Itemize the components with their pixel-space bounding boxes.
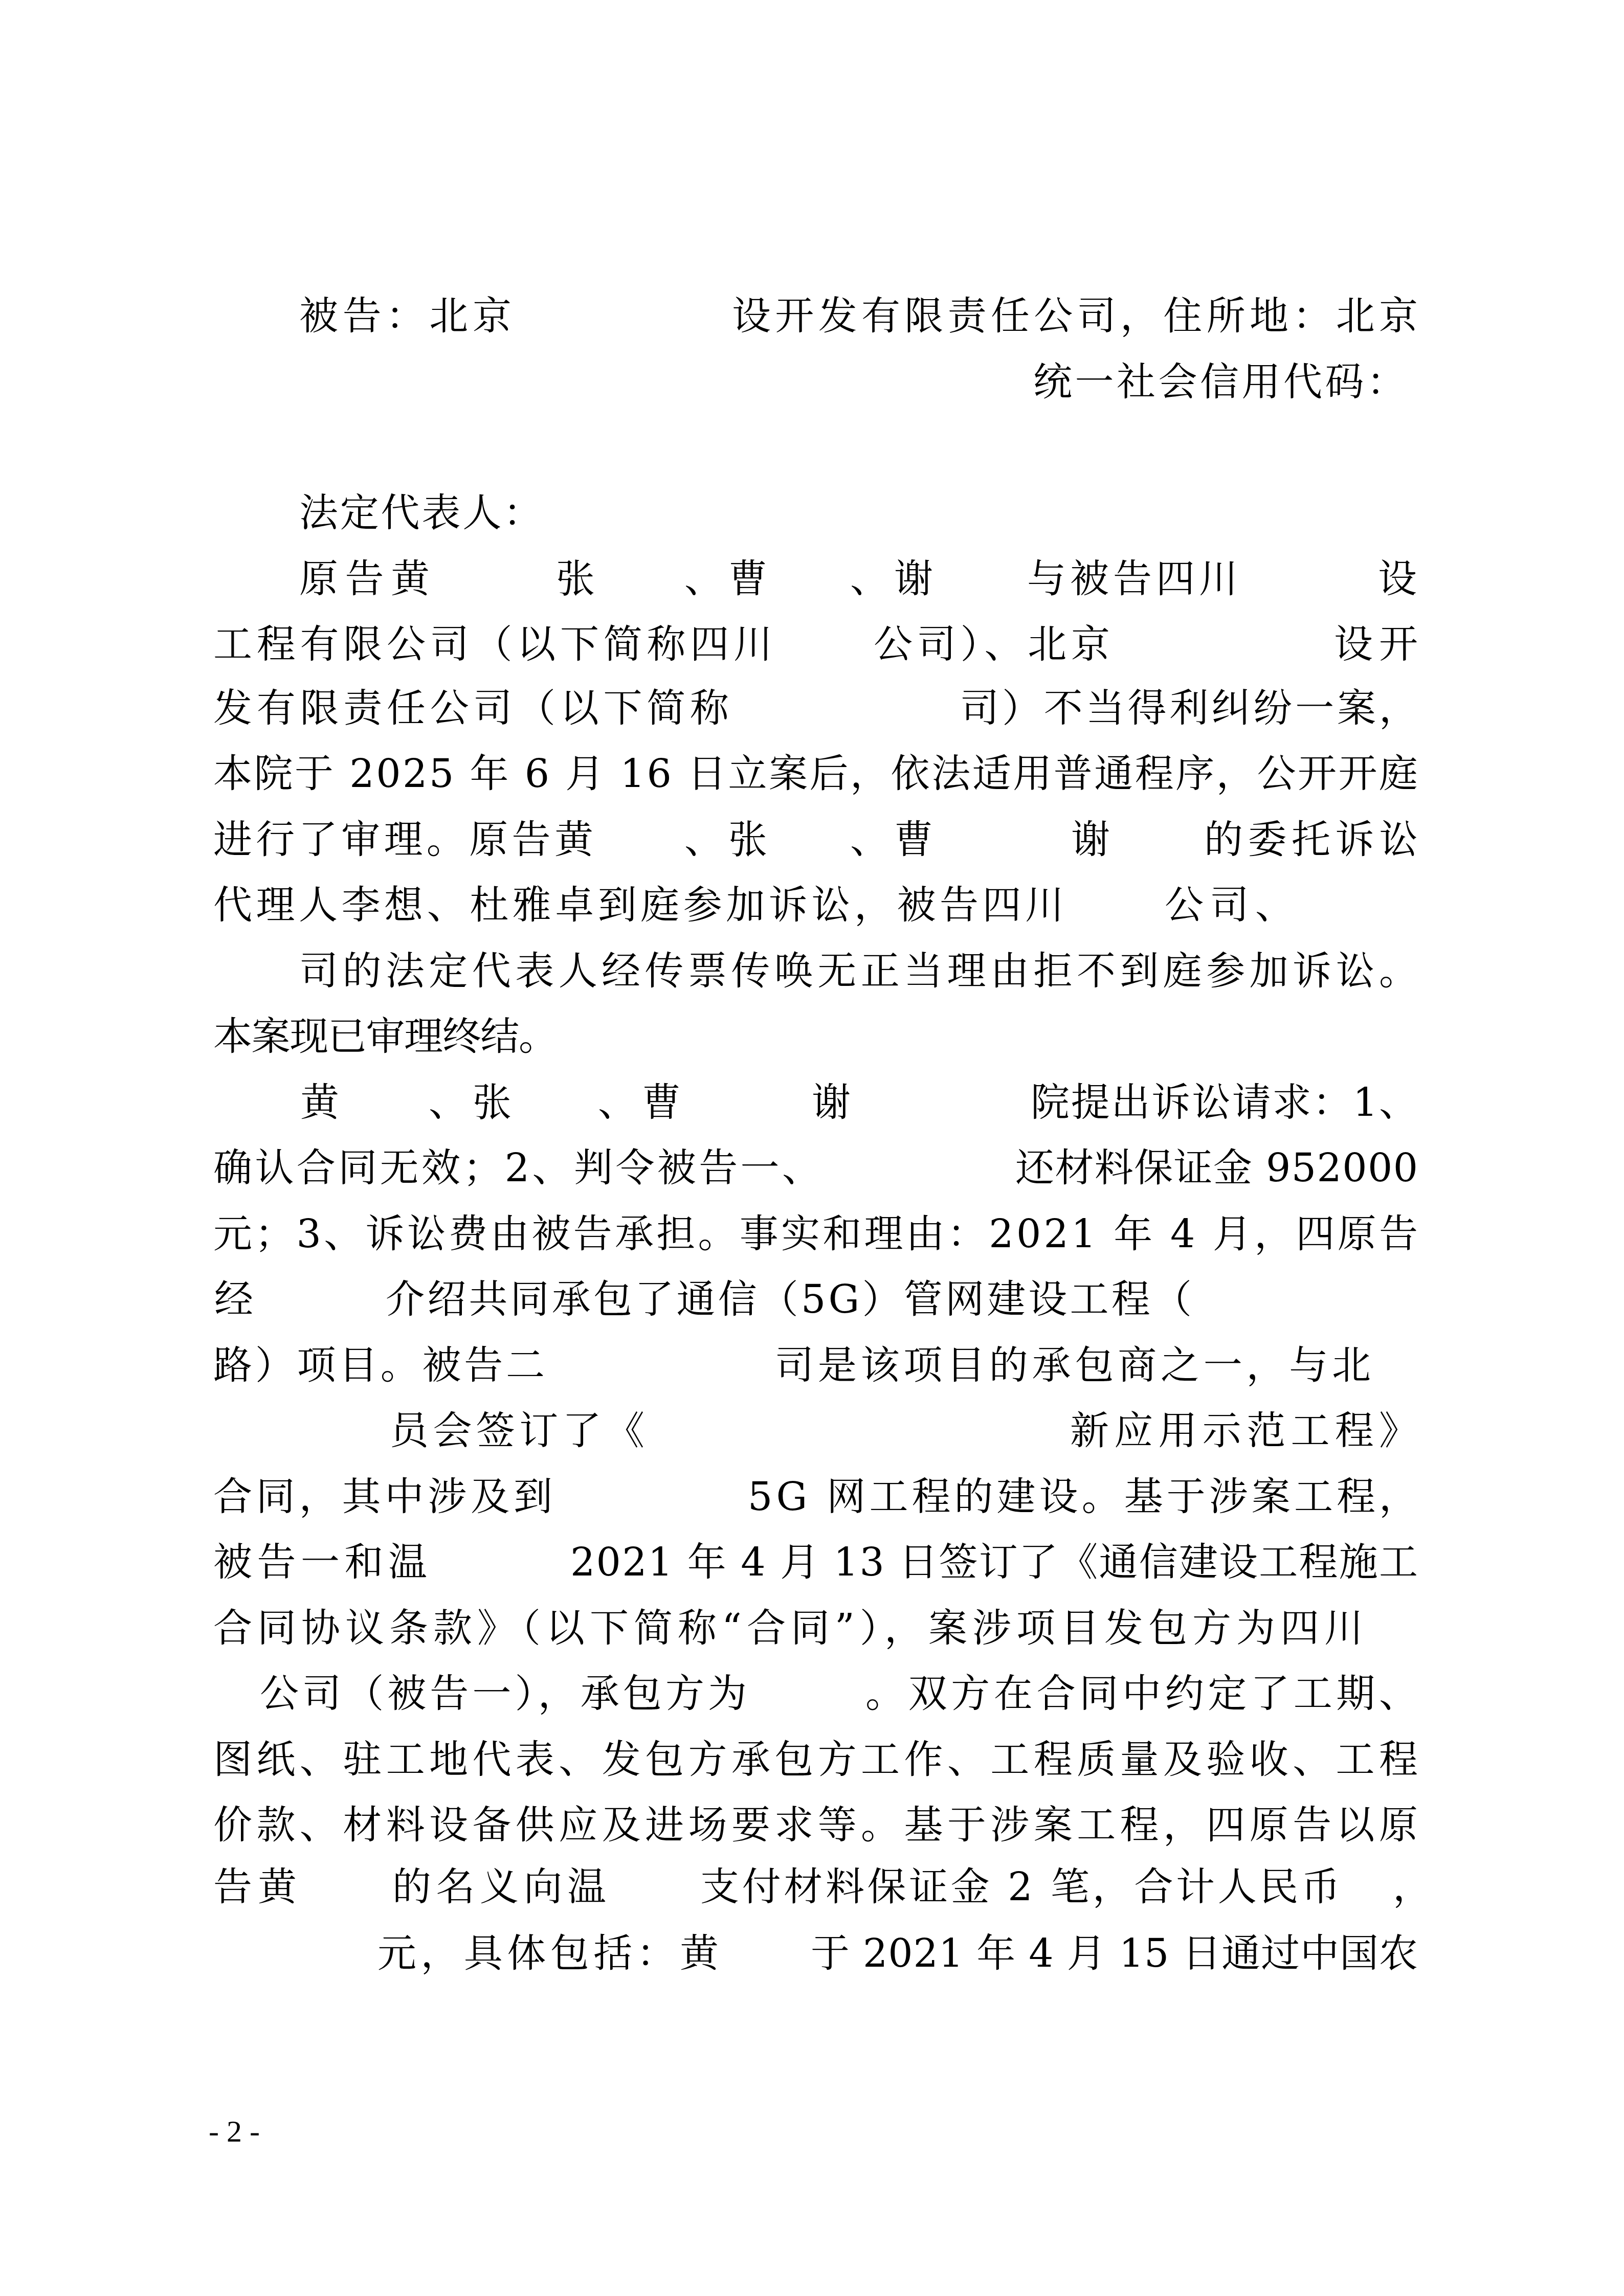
text-line: 图纸、驻工地代表、发包方承包方工作、工程质量及验收、工程 <box>0 1735 1624 1800</box>
text-segment: 、张 <box>684 815 772 864</box>
text-line: 员会签订了《新应用示范工程》 <box>0 1406 1624 1472</box>
text-segment: 合同协议条款》（以下简称“合同”），案涉项目发包方为四川 <box>213 1604 1368 1653</box>
text-line: 合同协议条款》（以下简称“合同”），案涉项目发包方为四川 <box>0 1604 1624 1669</box>
text-segment: 司的法定代表人经传票传唤无正当理由拒不到庭参加诉讼。 <box>299 947 1422 996</box>
text-line: 原告黄张、曹、谢与被告四川设 <box>0 554 1624 620</box>
text-line: 确认合同无效；2、判令被告一、还材料保证金 952000 <box>0 1143 1624 1209</box>
text-segment: 合同，其中涉及到 <box>213 1472 557 1521</box>
text-line: 统一社会信用代码： <box>0 357 1624 423</box>
text-segment: 支付材料保证金 2 笔，合计人民币 <box>700 1862 1343 1911</box>
text-segment: 设 <box>1377 554 1418 603</box>
text-line: 代理人李想、杜雅卓到庭参加诉讼，被告四川公司、 <box>0 881 1624 946</box>
page-number: - 2 - <box>209 2111 260 2152</box>
text-segment: 公司、 <box>1165 881 1301 930</box>
text-segment: 、曹 <box>850 815 938 864</box>
text-line: 黄、张、曹谢院提出诉讼请求：1、 <box>0 1078 1624 1143</box>
text-segment: 、张 <box>429 1078 517 1127</box>
text-segment: 确认合同无效；2、判令被告一、 <box>213 1143 824 1192</box>
text-segment: 被告一和温 <box>213 1538 432 1587</box>
text-line: 元；3、诉讼费由被告承担。事实和理由：2021 年 4 月，四原告 <box>0 1209 1624 1275</box>
text-segment: 、曹 <box>598 1078 686 1127</box>
text-segment: 工程有限公司（以下简称四川 <box>213 620 777 669</box>
text-segment: 黄 <box>299 1078 340 1127</box>
text-segment: 谢 <box>1070 815 1111 864</box>
text-segment: 原告黄 <box>299 554 437 603</box>
text-line: 元，具体包括：黄于 2021 年 4 月 15 日通过中国农 <box>0 1929 1624 1994</box>
text-line: 公司（被告一），承包方为。双方在合同中约定了工期、 <box>0 1669 1624 1735</box>
text-segment: 、谢 <box>850 554 938 603</box>
text-segment: 的委托诉讼 <box>1204 815 1423 864</box>
text-line: 发有限责任公司（以下简称司）不当得利纠纷一案， <box>0 684 1624 749</box>
text-segment: 与被告四川 <box>1027 554 1242 603</box>
text-segment: 被告：北京 <box>299 291 516 341</box>
text-segment: 进行了审理。原告黄 <box>213 815 597 864</box>
text-line: 本院于 2025 年 6 月 16 日立案后，依法适用普通程序，公开开庭 <box>0 749 1624 815</box>
text-line: 合同，其中涉及到5G 网工程的建设。基于涉案工程， <box>0 1472 1624 1538</box>
text-segment: 司）不当得利纠纷一案， <box>960 684 1421 733</box>
text-segment: 元；3、诉讼费由被告承担。事实和理由：2021 年 4 月，四原告 <box>213 1209 1420 1258</box>
text-segment: 。双方在合同中约定了工期、 <box>865 1669 1422 1718</box>
text-segment: 于 2021 年 4 月 15 日通过中国农 <box>811 1929 1418 1978</box>
text-segment: 路）项目。被告二 <box>213 1341 548 1390</box>
text-segment: 5G 网工程的建设。基于涉案工程， <box>748 1472 1421 1521</box>
text-segment: 新应用示范工程》 <box>1070 1406 1423 1455</box>
text-segment: 公司（被告一），承包方为 <box>260 1669 750 1718</box>
text-segment: 本院于 2025 年 6 月 16 日立案后，依法适用普通程序，公开开庭 <box>213 749 1420 798</box>
text-line: 本案现已审理终结。 <box>0 1012 1624 1077</box>
text-segment: 介绍共同承包了通信（5G）管网建设工程（ <box>386 1275 1194 1324</box>
text-segment: 公司）、北京 <box>874 620 1115 669</box>
text-line: 司的法定代表人经传票传唤无正当理由拒不到庭参加诉讼。 <box>0 947 1624 1012</box>
text-segment: 价款、材料设备供应及进场要求等。基于涉案工程，四原告以原 <box>213 1800 1422 1850</box>
text-segment: 、曹 <box>684 554 772 603</box>
text-segment: 告黄 <box>213 1862 302 1911</box>
text-segment: 设开发有限责任公司，住所地：北京 <box>732 291 1422 341</box>
text-line: 告黄的名义向温支付材料保证金 2 笔，合计人民币， <box>0 1862 1624 1928</box>
text-line: 进行了审理。原告黄、张、曹谢的委托诉讼 <box>0 815 1624 881</box>
text-segment: 代理人李想、杜雅卓到庭参加诉讼，被告四川 <box>213 881 1068 930</box>
text-segment: 院提出诉讼请求：1、 <box>1031 1078 1419 1127</box>
text-segment: 的名义向温 <box>392 1862 611 1911</box>
text-segment: 司是该项目的承包商之一，与北 <box>775 1341 1375 1390</box>
text-line: 路）项目。被告二司是该项目的承包商之一，与北 <box>0 1341 1624 1406</box>
text-line: 工程有限公司（以下简称四川公司）、北京设开 <box>0 620 1624 685</box>
text-line: 价款、材料设备供应及进场要求等。基于涉案工程，四原告以原 <box>0 1800 1624 1866</box>
text-segment: 设开 <box>1334 620 1424 669</box>
text-segment: 员会签订了《 <box>390 1406 649 1455</box>
text-segment: 发有限责任公司（以下简称 <box>213 684 733 733</box>
text-segment: 图纸、驻工地代表、发包方承包方工作、工程质量及验收、工程 <box>213 1735 1422 1784</box>
text-segment: 统一社会信用代码： <box>1033 357 1409 407</box>
text-segment: 谢 <box>811 1078 852 1127</box>
text-segment: 本案现已审理终结。 <box>213 1012 557 1061</box>
text-segment: 2021 年 4 月 13 日签订了《通信建设工程施工 <box>570 1538 1419 1587</box>
text-line: 法定代表人： <box>0 488 1624 554</box>
text-segment: 还材料保证金 952000 <box>1015 1143 1418 1192</box>
text-segment: 元，具体包括：黄 <box>377 1929 723 1978</box>
text-segment: ， <box>1393 1862 1418 1911</box>
text-line: 经介绍共同承包了通信（5G）管网建设工程（ <box>0 1275 1624 1340</box>
text-segment: 张 <box>555 554 596 603</box>
text-line: 被告一和温2021 年 4 月 13 日签订了《通信建设工程施工 <box>0 1538 1624 1603</box>
text-segment: 经 <box>213 1275 254 1324</box>
document-page: 被告：北京设开发有限责任公司，住所地：北京统一社会信用代码：法定代表人：原告黄张… <box>0 0 1624 2296</box>
text-segment: 法定代表人： <box>299 488 544 537</box>
text-line: 被告：北京设开发有限责任公司，住所地：北京 <box>0 291 1624 357</box>
